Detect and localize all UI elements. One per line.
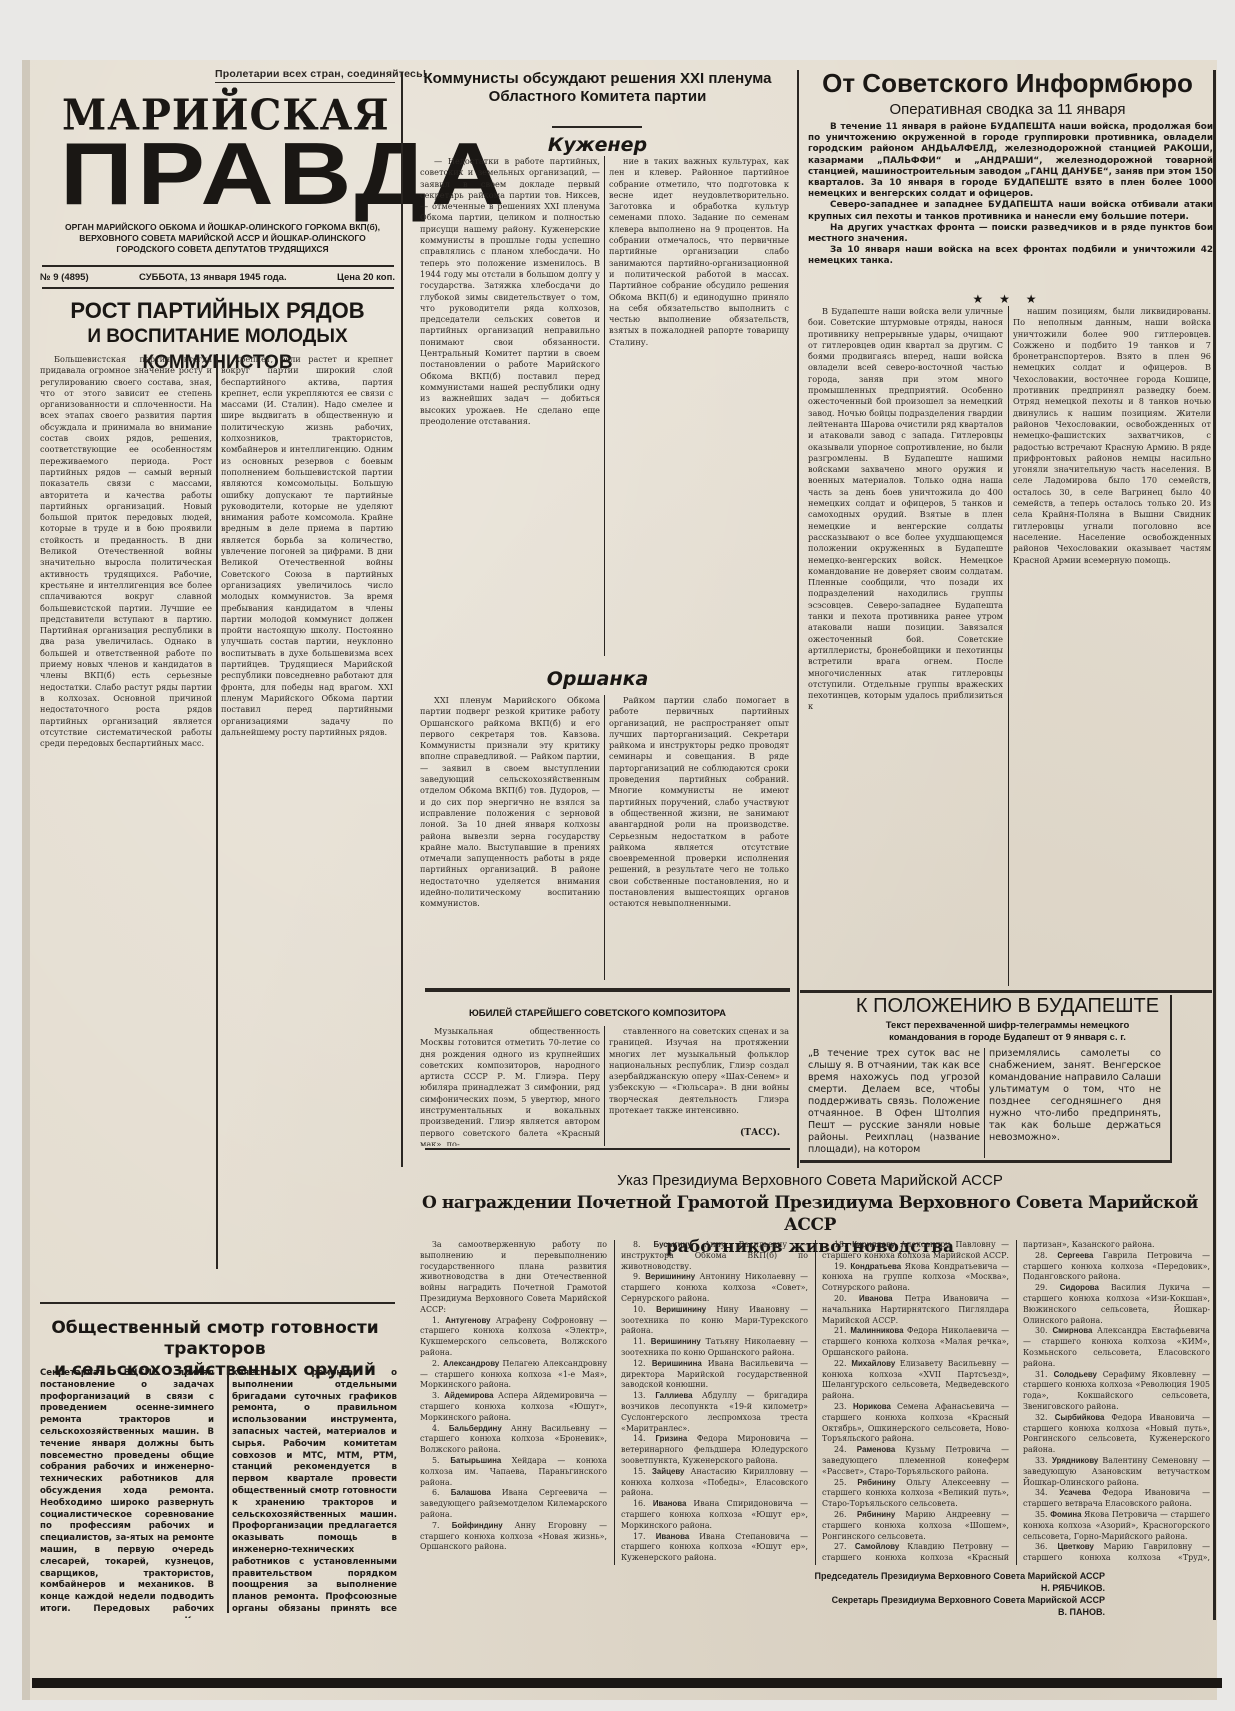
awardee-name: Малинникова: [850, 1326, 907, 1335]
column-rule: [227, 1368, 229, 1613]
awardee-item: 33. Урядникову Валентину Семеновну — зав…: [1023, 1456, 1210, 1488]
anniversary-headline: ЮБИЛЕЙ СТАРЕЙШЕГО СОВЕТСКОГО КОМПОЗИТОРА: [405, 1008, 790, 1019]
awardee-name: Кондратьева: [850, 1262, 904, 1271]
organ-line: ОРГАН МАРИЙСКОГО ОБКОМА И ЙОШКАР-ОЛИНСКО…: [50, 222, 395, 233]
awardee-number: 15.: [633, 1467, 652, 1476]
anniversary-col2: ставленного на советских сценах и за гра…: [609, 1026, 789, 1126]
awardee-item: 17. Иванова Ивана Степановича — старшего…: [621, 1532, 808, 1564]
budapest-col2: приземлялись самолеты со снабжением, зан…: [989, 1048, 1161, 1158]
awardee-item: 10. Веришинину Нину Ивановну — зоотехник…: [621, 1305, 808, 1337]
secretary-name: В. ПАНОВ.: [420, 1606, 1105, 1618]
awardee-name: Раменова: [857, 1445, 905, 1454]
awardee-name: Иванова: [859, 1294, 905, 1303]
sovinformburo-col1: В Будапеште наши войска вели уличные бои…: [808, 306, 1003, 986]
masthead-rule: [42, 265, 394, 267]
awardee-name: Александрову: [443, 1359, 502, 1368]
lead-paragraph: В течение 11 января в районе БУДАПЕШТА н…: [808, 122, 1213, 200]
masthead-organ: ОРГАН МАРИЙСКОГО ОБКОМА И ЙОШКАР-ОЛИНСКО…: [50, 222, 395, 255]
awardee-number: 25.: [834, 1478, 857, 1487]
awardee-item: 28. Сергеева Гаврила Петровича — старшег…: [1023, 1251, 1210, 1283]
awardee-name: Норикова: [853, 1402, 897, 1411]
decree-signature: Председатель Президиума Верховного Совет…: [420, 1570, 1210, 1620]
awardee-item: 30. Смирнова Александра Евстафьевича — с…: [1023, 1326, 1210, 1369]
lead-paragraph: Северо-западнее и западнее БУДАПЕШТА наш…: [808, 200, 1213, 222]
awardee-number: 5.: [432, 1456, 450, 1465]
section-rule: [425, 988, 790, 992]
awardee-name: Бальбердину: [449, 1424, 511, 1433]
awardee-number: 7.: [432, 1521, 452, 1530]
awardee-number: 29.: [1035, 1283, 1060, 1292]
awardee-name: Цветкову: [1057, 1542, 1103, 1551]
awardee-name: Веришинину: [645, 1272, 699, 1281]
column-rule: [604, 156, 605, 656]
kuzhener-col1: — Недостатки в работе партийных, советск…: [420, 156, 600, 626]
awardee-item: 26. Рябинину Марию Андреевну — старшего …: [822, 1510, 1009, 1542]
organ-line: ГОРОДСКОГО СОВЕТА ДЕПУТАТОВ ТРУДЯЩИХСЯ: [50, 244, 395, 255]
awardee-name: Бойфиндину: [452, 1521, 515, 1530]
awardee-item: 6. Балашова Ивана Сергеевича — заведующе…: [420, 1488, 607, 1520]
awardee-name: Гризина: [655, 1434, 696, 1443]
awardee-number: 33.: [1035, 1456, 1052, 1465]
awardee-number: 27.: [834, 1542, 855, 1551]
awardee-item: 29. Сидорова Василия Лукича — старшего к…: [1023, 1283, 1210, 1326]
awardee-item: 16. Иванова Ивана Спиридоновича — старше…: [621, 1499, 808, 1531]
column-rule: [216, 354, 218, 1269]
page-bottom-edge: [32, 1678, 1222, 1688]
awardee-name: Михайлову: [851, 1359, 899, 1368]
awardee-item: 34. Усачева Федора Ивановича — старшего …: [1023, 1488, 1210, 1510]
anniversary-col1: Музыкальная общественность Москвы готови…: [420, 1026, 600, 1146]
section-title-kuzhener: Куженер: [405, 134, 790, 156]
awardee-item: 31. Солодьеву Серафиму Яковлевну — старш…: [1023, 1370, 1210, 1413]
section-title-orshanka: Оршанка: [405, 668, 790, 690]
awardee-number: 30.: [1035, 1326, 1052, 1335]
decree-body: За самоотверженную работу по выполнению …: [420, 1240, 1210, 1565]
tractor-col1: Секретариат ВЦСПС принял постановление о…: [40, 1368, 214, 1618]
decree-intro: За самоотверженную работу по выполнению …: [420, 1240, 607, 1316]
stars-divider: ★ ★ ★: [800, 292, 1215, 306]
orshanka-col2: Райком партии слабо помогает в работе пе…: [609, 695, 789, 980]
editorial-col2: крепнет, если растет и крепнет вокруг па…: [221, 354, 393, 1269]
awardee-number: 19.: [834, 1262, 850, 1271]
issue-date: СУББОТА, 13 января 1945 года.: [139, 272, 287, 283]
awardee-item: 14. Гризина Федора Мироновича — ветерина…: [621, 1434, 808, 1466]
organ-line: ВЕРХОВНОГО СОВЕТА МАРИЙСКОЙ АССР И ЙОШКА…: [50, 233, 395, 244]
awardee-item: 18. Кириллову Александру Павловну — стар…: [822, 1240, 1009, 1262]
subheadline-line: командования в городе Будапешт от 9 янва…: [800, 1032, 1215, 1044]
awardee-name: Самойлову: [855, 1542, 907, 1551]
awardee-item: 21. Малинникова Федора Николаевича — ста…: [822, 1326, 1009, 1358]
headline-line: Областного Комитета партии: [405, 88, 790, 106]
editorial-col1: Большевистская партия всегда придавала о…: [40, 354, 212, 1269]
awardee-item: 19. Кондратьева Якова Кондратьевича — ко…: [822, 1262, 1009, 1294]
issue-line: № 9 (4895) СУББОТА, 13 января 1945 года.…: [40, 272, 395, 283]
awardee-item: 4. Бальбердину Анну Васильевну — старшег…: [420, 1424, 607, 1456]
awardee-number: 31.: [1035, 1370, 1054, 1379]
section-rule: [40, 1302, 395, 1304]
awardee-name: Рябинину: [857, 1478, 906, 1487]
page-edge: [22, 60, 30, 1700]
awardee-name: Веришинину: [651, 1337, 706, 1346]
awardee-name: Фомина: [1050, 1510, 1084, 1519]
awardee-name: Антугенову: [445, 1316, 496, 1325]
lead-paragraph: За 10 января наши войска на всех фронтах…: [808, 245, 1213, 267]
column-rule: [984, 1048, 985, 1158]
budapest-col1: „В течение трех суток вас не слышу я. В …: [808, 1048, 980, 1158]
awardee-name: Галлиева: [655, 1391, 702, 1400]
awardee-item: 20. Иванова Петра Ивановича — начальника…: [822, 1294, 1009, 1326]
orshanka-col1: XXI пленум Марийского Обкома партии подв…: [420, 695, 600, 980]
awardee-name: Сергеева: [1057, 1251, 1103, 1260]
awardee-name: Веришинина: [652, 1359, 708, 1368]
kuzhener-col2: ние в таких важных культурах, как лен и …: [609, 156, 789, 656]
awardee-name: Сырбийкова: [1055, 1413, 1112, 1422]
issue-number: № 9 (4895): [40, 272, 89, 283]
headline-line: Общественный смотр готовности тракторов: [30, 1318, 400, 1360]
awardee-item: 12. Веришинина Ивана Васильевича — дирек…: [621, 1359, 808, 1391]
awardee-number: 35.: [1035, 1510, 1050, 1519]
lead-paragraph: На других участках фронта — поиски разве…: [808, 223, 1213, 245]
awardee-item: 2. Александрову Пелагею Александровну — …: [420, 1359, 607, 1391]
awardee-name: Усачева: [1059, 1488, 1102, 1497]
chairman-title: Председатель Президиума Верховного Совет…: [420, 1570, 1105, 1582]
awardee-name: Веришинину: [656, 1305, 716, 1314]
sovinformburo-headline: От Советского Информбюро: [800, 68, 1215, 98]
sovinformburo-lead: В течение 11 января в районе БУДАПЕШТА н…: [808, 122, 1213, 290]
budapest-subheadline: Текст перехваченной шифр-телеграммы неме…: [800, 1020, 1215, 1044]
awardee-number: 4.: [432, 1424, 449, 1433]
awardee-number: 2.: [432, 1359, 443, 1368]
budapest-headline: К ПОЛОЖЕНИЮ В БУДАПЕШТЕ: [800, 995, 1215, 1018]
issue-price: Цена 20 коп.: [337, 272, 395, 283]
awardee-item: 7. Бойфиндину Анну Егоровну — старшего к…: [420, 1521, 607, 1553]
awardee-number: 6.: [432, 1488, 451, 1497]
awardee-item: 25. Рябинину Ольгу Алексеевну — старшего…: [822, 1478, 1009, 1510]
awardee-item: 1. Антугенову Аграфену Софроновну — стар…: [420, 1316, 607, 1359]
awardee-name: Кириллову: [852, 1240, 900, 1249]
awardee-item: 24. Раменова Кузьму Петровича — заведующ…: [822, 1445, 1009, 1477]
awardee-item: 13. Галлиева Абдуллу — бригадира возчико…: [621, 1391, 808, 1434]
awardee-name: Смирнова: [1052, 1326, 1097, 1335]
awardee-number: 18.: [834, 1240, 852, 1249]
slogan-rule: [215, 82, 395, 83]
awardee-number: 24.: [834, 1445, 857, 1454]
awardee-item: 35. Фомина Якова Петровича — старшего ко…: [1023, 1510, 1210, 1542]
masthead-slogan: Пролетарии всех стран, соединяйтесь!: [215, 68, 426, 80]
awardee-number: 8.: [633, 1240, 654, 1249]
awardee-name: Зайцеву: [652, 1467, 691, 1476]
issue-rule: [42, 287, 394, 289]
awardee-name: Айдемирова: [444, 1391, 498, 1400]
awardee-item: 5. Батырьшина Хейдара — конюха колхоза и…: [420, 1456, 607, 1488]
awardee-item: 32. Сырбийкова Федора Ивановича — старше…: [1023, 1413, 1210, 1456]
awardee-number: 28.: [1035, 1251, 1057, 1260]
section-rule: [800, 1160, 1172, 1163]
awardee-item: 11. Веришинину Татьяну Николаевну — зоот…: [621, 1337, 808, 1359]
awardee-name: Батырьшина: [450, 1456, 511, 1465]
awardee-number: 32.: [1035, 1413, 1055, 1422]
awardee-number: 16.: [633, 1499, 653, 1508]
headline-rule: [552, 126, 642, 128]
awardee-number: 3.: [432, 1391, 444, 1400]
plenum-headline: Коммунисты обсуждают решения XXI пленума…: [405, 70, 790, 106]
subheadline-line: Текст перехваченной шифр-телеграммы неме…: [800, 1020, 1215, 1032]
awardee-name: Балашова: [451, 1488, 502, 1497]
awardee-number: 11.: [633, 1337, 651, 1346]
awardee-number: 1.: [432, 1316, 445, 1325]
awardee-name: Урядникову: [1052, 1456, 1102, 1465]
box-rule: [1170, 995, 1172, 1160]
awardee-name: Солодьеву: [1054, 1370, 1103, 1379]
sovinformburo-col2: нашим позициям, были ликвидированы. По н…: [1013, 306, 1211, 986]
awardee-item: 22. Михайлову Елизавету Васильевну — кон…: [822, 1359, 1009, 1402]
awardee-number: 20.: [834, 1294, 859, 1303]
decree-kicker: Указ Президиума Верховного Совета Марийс…: [405, 1172, 1215, 1189]
sovinformburo-subheadline: Оперативная сводка за 11 января: [800, 101, 1215, 118]
awardee-item: 3. Айдемирова Аспера Айдемировича — стар…: [420, 1391, 607, 1423]
awardee-number: 17.: [633, 1532, 656, 1541]
awardee-item: 23. Норикова Семена Афанасьевича — старш…: [822, 1402, 1009, 1445]
headline-line: РОСТ ПАРТИЙНЫХ РЯДОВ: [40, 298, 395, 324]
column-rule: [797, 70, 799, 1168]
awardee-number: 23.: [834, 1402, 853, 1411]
awardee-item: 9. Веришинину Антонину Николаевну — стар…: [621, 1272, 808, 1304]
headline-line: О награждении Почетной Грамотой Президиу…: [405, 1192, 1215, 1236]
awardee-number: 12.: [633, 1359, 652, 1368]
awardee-item: 15. Зайцеву Анастасию Кирилловну — конюх…: [621, 1467, 808, 1499]
tractor-col2: качества ремонта, о выполнении отдельным…: [232, 1368, 397, 1618]
awardee-number: 14.: [633, 1434, 655, 1443]
awardee-number: 36.: [1035, 1542, 1057, 1551]
column-rule: [604, 695, 605, 980]
awardee-number: 34.: [1035, 1488, 1059, 1497]
awardee-name: Иванова: [653, 1499, 694, 1508]
page-right-rule: [1213, 70, 1216, 1620]
awardee-number: 21.: [834, 1326, 850, 1335]
awardee-name: Сидорова: [1060, 1283, 1111, 1292]
awardee-name: Рябинину: [857, 1510, 905, 1519]
awardee-name: Иванова: [656, 1532, 699, 1541]
section-rule: [425, 1148, 790, 1150]
awardee-name: Бусыгину: [654, 1240, 705, 1249]
awardee-number: 9.: [633, 1272, 645, 1281]
awardee-item: 8. Бусыгину Анну Васильевну — инструктор…: [621, 1240, 808, 1272]
awardee-number: 13.: [633, 1391, 655, 1400]
section-rule: [800, 990, 1212, 993]
awardee-number: 26.: [834, 1510, 857, 1519]
anniversary-source: (ТАСС).: [740, 1128, 780, 1138]
column-rule: [1008, 306, 1009, 986]
awardee-number: 10.: [633, 1305, 656, 1314]
column-rule: [604, 1026, 605, 1146]
secretary-title: Секретарь Президиума Верховного Совета М…: [420, 1594, 1105, 1606]
chairman-name: Н. РЯБЧИКОВ.: [420, 1582, 1105, 1594]
headline-line: Коммунисты обсуждают решения XXI пленума: [405, 70, 790, 88]
column-rule: [401, 72, 403, 1167]
awardee-number: 22.: [834, 1359, 851, 1368]
